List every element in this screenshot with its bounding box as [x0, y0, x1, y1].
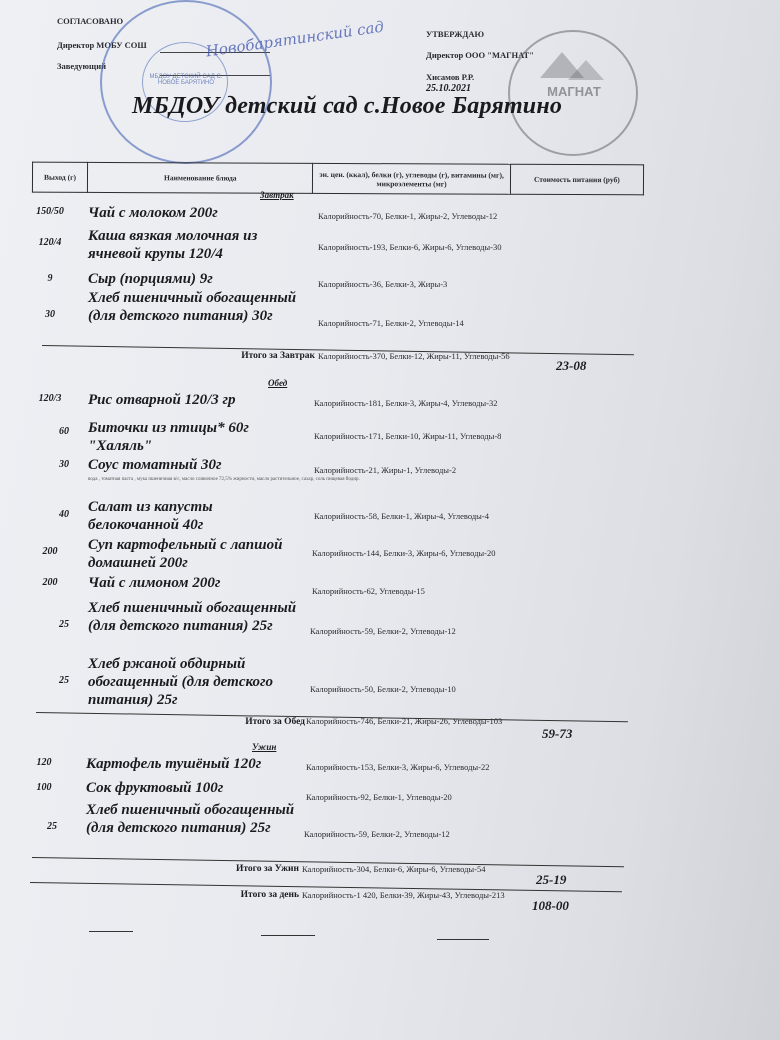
dish-name: Хлеб пшеничный обогащенный (для детского…	[86, 801, 296, 837]
col-yield: Выход (г)	[32, 162, 87, 192]
signature-line	[89, 931, 133, 932]
dish-nutrition: Калорийность-153, Белки-3, Жиры-6, Углев…	[306, 762, 506, 773]
section-dinner-title: Ужин	[252, 742, 276, 752]
item-yield: 60	[42, 426, 86, 437]
dish-name: Салат из капусты белокочанной 40г	[88, 498, 278, 534]
dish-name: Сыр (порциями) 9г	[88, 270, 308, 288]
dish-nutrition: Калорийность-59, Белки-2, Углеводы-12	[310, 626, 510, 637]
item-yield: 120/3	[28, 393, 72, 404]
item-yield: 120	[22, 757, 66, 768]
dish-nutrition: Калорийность-50, Белки-2, Углеводы-10	[310, 684, 510, 695]
lunch-total-cost: 59-73	[542, 726, 572, 742]
approved-label: УТВЕРЖДАЮ	[426, 29, 484, 39]
dish-nutrition: Калорийность-36, Белки-3, Жиры-3	[318, 279, 518, 290]
signature-line	[437, 939, 489, 940]
breakfast-total-label: Итого за Завтрак	[180, 351, 315, 361]
section-breakfast-title: Завтрак	[260, 190, 294, 200]
dish-name: Хлеб пшеничный обогащенный (для детского…	[88, 599, 298, 635]
day-total-nutrition: Калорийность-1 420, Белки-39, Жиры-43, У…	[302, 890, 512, 901]
dish-nutrition: Калорийность-193, Белки-6, Жиры-6, Углев…	[318, 242, 518, 253]
col-nutrition: эн. цен. (ккал), белки (г), углеводы (г)…	[313, 163, 510, 194]
day-total-label: Итого за день	[164, 890, 299, 900]
dish-name: Чай с молоком 200г	[88, 204, 308, 222]
dish-nutrition: Калорийность-71, Белки-2, Углеводы-14	[318, 318, 518, 329]
dish-name: Каша вязкая молочная из ячневой крупы 12…	[88, 227, 298, 263]
dish-nutrition: Калорийность-92, Белки-1, Углеводы-20	[306, 792, 506, 803]
signature-line	[261, 935, 315, 936]
breakfast-total-nutrition: Калорийность-370, Белки-12, Жиры-11, Угл…	[318, 351, 518, 362]
dish-name: Чай с лимоном 200г	[88, 574, 308, 592]
item-yield: 9	[28, 273, 72, 284]
kindergarten-stamp: МБДОУ ДЕТСКИЙ САД С. НОВОЕ БАРЯТИНО	[100, 0, 272, 164]
dish-name: Биточки из птицы* 60г "Халяль"	[88, 419, 298, 455]
dish-nutrition: Калорийность-62, Углеводы-15	[312, 586, 512, 597]
lunch-total-nutrition: Калорийность-746, Белки-21, Жиры-26, Угл…	[306, 716, 506, 727]
lunch-total-label: Итого за Обед	[170, 717, 305, 727]
dish-name: Рис отварной 120/3 гр	[88, 391, 308, 409]
dish-nutrition: Калорийность-144, Белки-3, Жиры-6, Углев…	[312, 548, 512, 559]
day-total-cost: 108-00	[532, 898, 569, 914]
menu-table-header: Выход (г) Наименование блюда эн. цен. (к…	[32, 162, 644, 196]
dish-nutrition: Калорийность-58, Белки-1, Жиры-4, Углево…	[314, 511, 514, 522]
dinner-total-nutrition: Калорийность-304, Белки-6, Жиры-6, Углев…	[302, 864, 502, 875]
agreed-label: СОГЛАСОВАНО	[57, 16, 123, 26]
item-yield: 25	[30, 821, 74, 832]
dish-name: Хлеб пшеничный обогащенный (для детского…	[88, 289, 298, 325]
item-yield: 120/4	[28, 237, 72, 248]
item-yield: 200	[28, 577, 72, 588]
breakfast-total-cost: 23-08	[556, 358, 586, 374]
item-yield: 40	[42, 509, 86, 520]
mountain-logo-icon	[568, 60, 604, 80]
dish-name: Сок фруктовый 100г	[86, 779, 306, 797]
item-yield: 30	[28, 309, 72, 320]
dish-nutrition: Калорийность-59, Белки-2, Углеводы-12	[304, 829, 504, 840]
item-yield: 150/50	[28, 206, 72, 217]
col-dish: Наименование блюда	[88, 162, 313, 193]
item-yield: 100	[22, 782, 66, 793]
dinner-total-cost: 25-19	[536, 872, 566, 888]
page-title: МБДОУ детский сад с.Новое Барятино	[132, 93, 562, 120]
item-yield: 30	[42, 459, 86, 470]
director-name: Хисамов Р.Р.	[426, 72, 474, 82]
item-yield: 200	[28, 546, 72, 557]
dinner-total-label: Итого за Ужин	[164, 864, 299, 874]
section-lunch-title: Обед	[268, 378, 287, 388]
head-label: Заведующий	[57, 61, 106, 71]
dish-nutrition: Калорийность-171, Белки-10, Жиры-11, Угл…	[314, 431, 514, 442]
dish-ingredients-note: вода , томатная паста , мука пшеничная в…	[88, 476, 388, 483]
dish-name: Суп картофельный с лапшой домашней 200г	[88, 536, 308, 572]
item-yield: 25	[42, 619, 86, 630]
dish-name: Соус томатный 30г	[88, 456, 308, 474]
dish-nutrition: Калорийность-21, Жиры-1, Углеводы-2	[314, 465, 534, 476]
dish-name: Картофель тушёный 120г	[86, 755, 306, 773]
item-yield: 25	[42, 675, 86, 686]
dish-nutrition: Калорийность-181, Белки-3, Жиры-4, Углев…	[314, 398, 514, 409]
dish-name: Хлеб ржаной обдирный обогащенный (для де…	[88, 655, 298, 709]
dish-nutrition: Калорийность-70, Белки-1, Жиры-2, Углево…	[318, 211, 518, 222]
col-cost: Стоимость питания (руб)	[510, 164, 643, 195]
